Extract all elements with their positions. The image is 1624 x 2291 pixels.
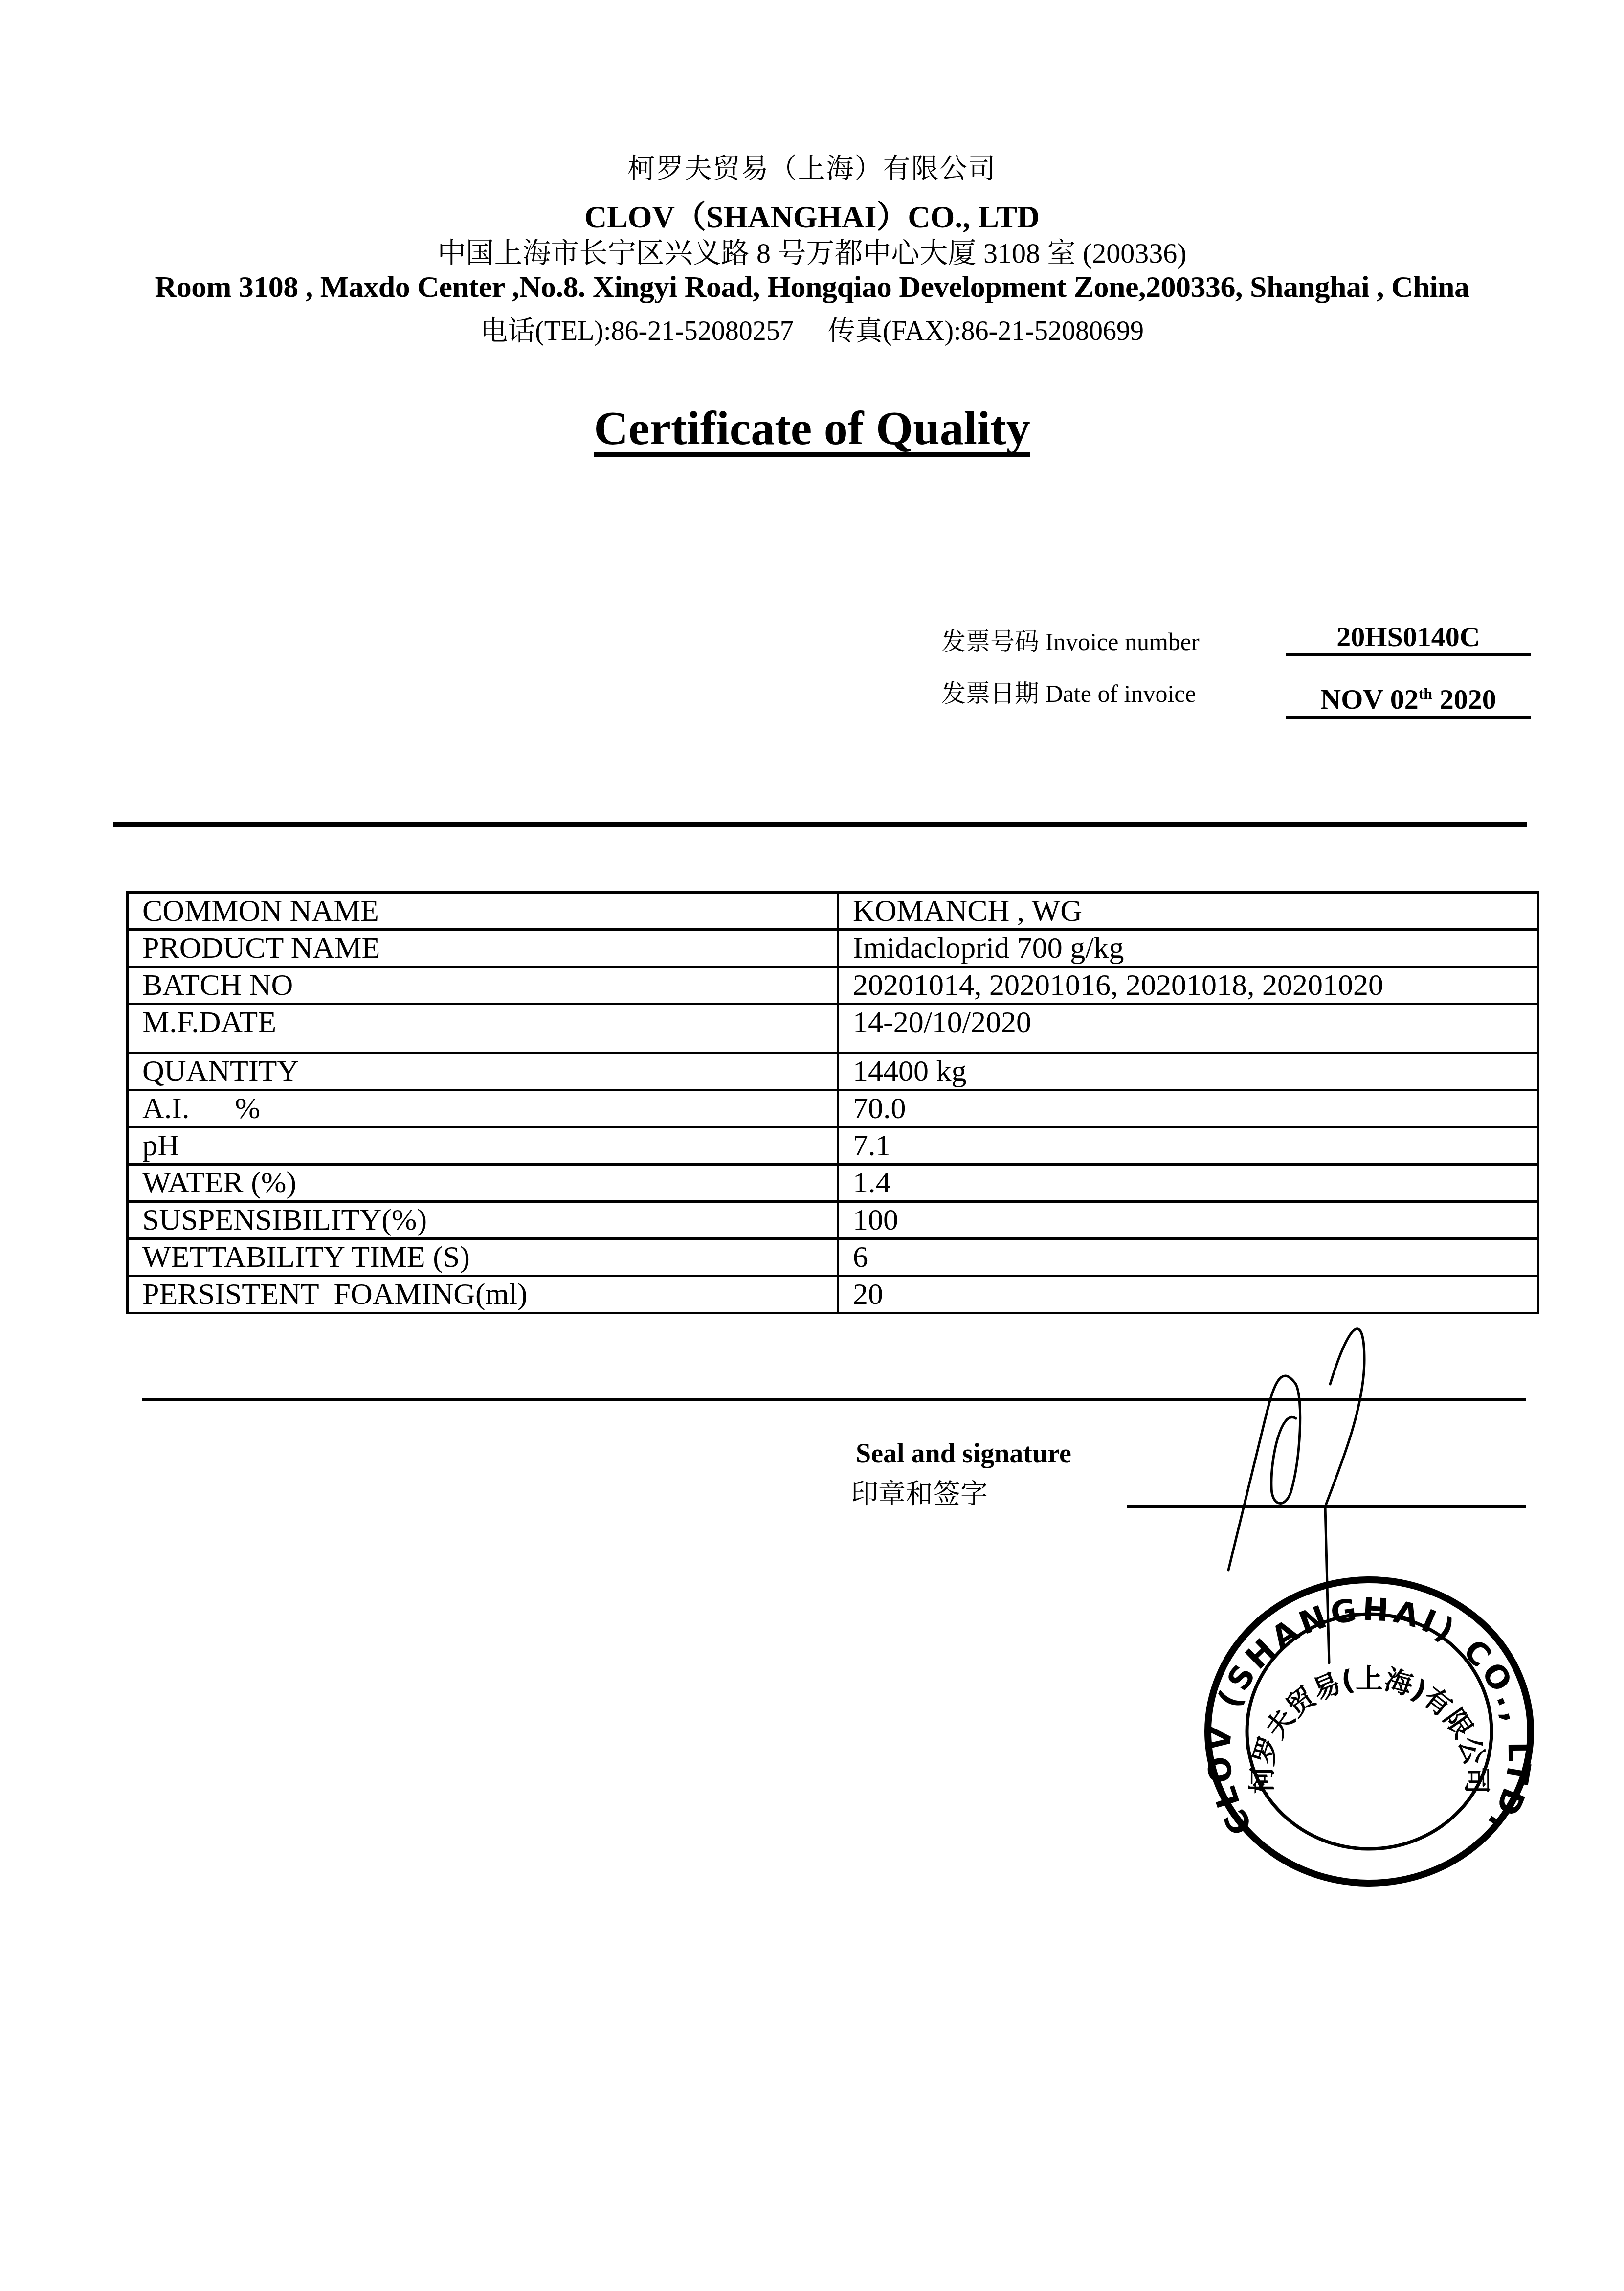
handwritten-signature: [0, 0, 1624, 2291]
svg-text:柯罗夫贸易(上海)有限公司: 柯罗夫贸易(上海)有限公司: [1246, 1663, 1492, 1794]
seal-inner-text: 柯罗夫贸易(上海)有限公司: [1246, 1663, 1492, 1794]
company-seal-stamp: CLOV (SHANGHAI) CO., LTD. 柯罗夫贸易(上海)有限公司: [1193, 1565, 1545, 1898]
